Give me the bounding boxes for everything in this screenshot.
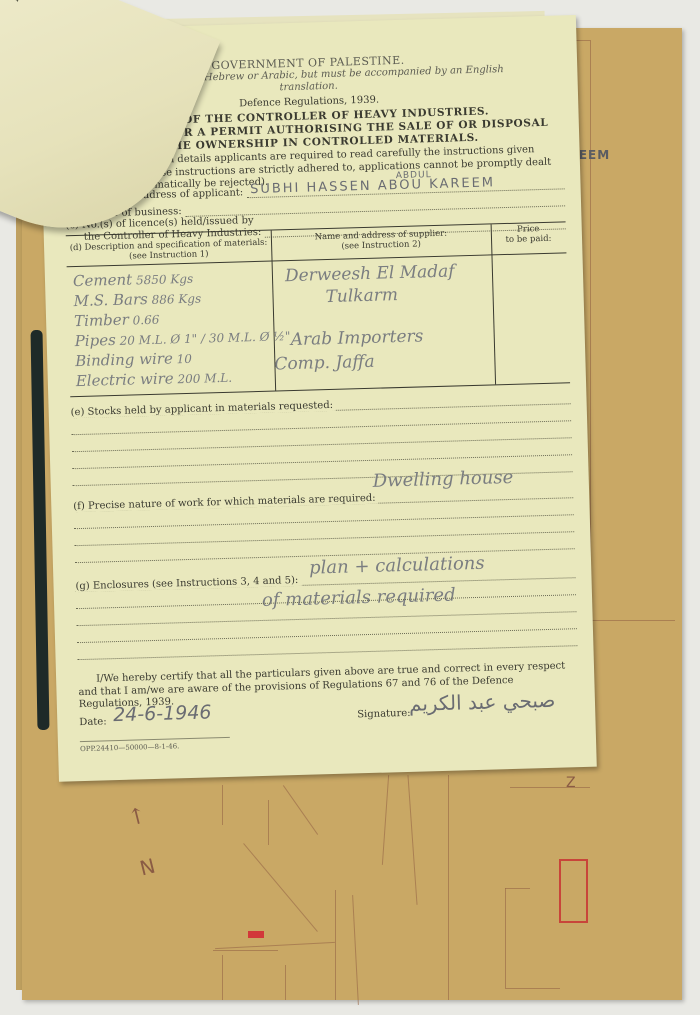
signature-input[interactable]: صبحي عبد الكريم [409, 688, 556, 716]
material-item: Timber [74, 311, 129, 331]
date-label: Date: [79, 716, 107, 728]
stocks-input[interactable] [348, 393, 568, 411]
enclosures-input-line1[interactable]: plan + calculations [309, 553, 485, 579]
materials-table: (d) Description and specification of mat… [66, 221, 570, 397]
applicant-name-correction: ABDUL [396, 170, 432, 181]
stocks-label: (e) Stocks held by applicant in material… [71, 400, 337, 418]
material-item: M.S. Bars [73, 290, 148, 310]
material-row[interactable]: Cement 5850 Kgs [73, 269, 194, 290]
plan-z-label: Z [566, 775, 576, 791]
signature-label: Signature: [357, 708, 411, 720]
supplier-line[interactable]: Tulkarm [325, 285, 398, 307]
material-quantity: 10 [173, 352, 192, 367]
material-quantity: 0.66 [129, 313, 160, 328]
supplier-line[interactable]: Derweesh El Madaf [285, 261, 455, 286]
material-item: Electric wire [76, 369, 174, 390]
header-price: Price to be paid: [491, 223, 567, 245]
material-row[interactable]: Binding wire 10 [75, 349, 192, 370]
material-item: Binding wire [75, 349, 173, 370]
material-quantity: 886 Kgs [148, 292, 202, 307]
material-row[interactable]: Electric wire 200 M.L. [76, 368, 233, 390]
print-code: OPP.24410—50000—8-1-46. [80, 742, 179, 753]
header-supplier: Name and address of supplier: (see Instr… [271, 227, 491, 253]
supplier-line[interactable]: Comp. Jaffa [274, 352, 375, 375]
header-description: (d) Description and specification of mat… [66, 238, 271, 264]
material-row[interactable]: Pipes 20 M.L. Ø 1" / 30 M.L. Ø ½" [74, 326, 290, 350]
material-item: Pipes [74, 331, 116, 350]
material-quantity: 20 M.L. Ø 1" / 30 M.L. Ø ½" [116, 329, 291, 348]
price-cell[interactable] [491, 252, 570, 384]
date-input[interactable]: 24-6-1946 [113, 701, 212, 726]
supplier-line[interactable]: Arab Importers [290, 326, 423, 350]
material-quantity: 200 M.L. [173, 371, 232, 387]
material-row[interactable]: Timber 0.66 [74, 310, 160, 330]
material-row[interactable]: M.S. Bars 886 Kgs [73, 289, 201, 311]
folded-page-text: PLICANTS.is not sufficientons and type m… [0, 0, 91, 3]
material-item: Cement [73, 270, 133, 290]
work-nature-input[interactable]: Dwelling house [372, 467, 513, 492]
applicant-name-input[interactable]: SUBHI HASSEN ABOU KAREEM ABDUL [246, 178, 565, 198]
folded-page-line: PLICANTS. [5, 0, 91, 3]
work-nature-label: (f) Precise nature of work for which mat… [73, 493, 379, 513]
material-quantity: 5850 Kgs [132, 272, 193, 288]
